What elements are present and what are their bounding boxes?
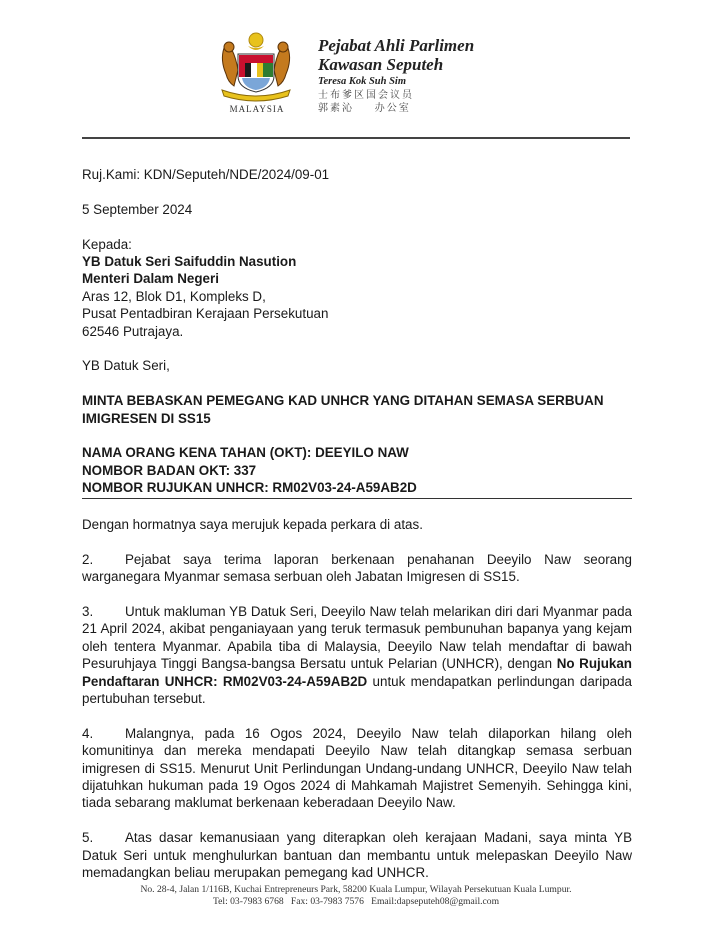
paragraph-text: Atas dasar kemanusiaan yang diterapkan o… [82, 830, 632, 880]
member-name: Teresa Kok Suh Sim [318, 75, 474, 89]
recipient-label: Kepada: [82, 236, 632, 253]
opening-line: Dengan hormatnya saya merujuk kepada per… [82, 516, 632, 533]
subject-title: MINTA BEBASKAN PEMEGANG KAD UNHCR YANG D… [82, 392, 632, 427]
chinese-line-2: 郭素沁 办公室 [318, 102, 474, 115]
recipient-name: YB Datuk Seri Saifuddin Nasution [82, 253, 632, 270]
detainee-body-number: NOMBOR BADAN OKT: 337 [82, 462, 632, 479]
letter-date: 5 September 2024 [82, 201, 632, 218]
unhcr-reference: NOMBOR RUJUKAN UNHCR: RM02V03-24-A59AB2D [82, 479, 632, 498]
paragraph-4: 4.Malangnya, pada 16 Ogos 2024, Deeyilo … [82, 725, 632, 812]
paragraph-2: 2.Pejabat saya terima laporan berkenaan … [82, 551, 632, 586]
recipient-address-line: Pusat Pentadbiran Kerajaan Persekutuan [82, 305, 632, 322]
recipient-block: Kepada: YB Datuk Seri Saifuddin Nasution… [82, 236, 632, 340]
letter-body: Ruj.Kami: KDN/Seputeh/NDE/2024/09-01 5 S… [82, 166, 632, 882]
footer-address: No. 28-4, Jalan 1/116B, Kuchai Entrepren… [0, 884, 712, 896]
office-line-1: Pejabat Ahli Parlimen [318, 36, 474, 55]
paragraph-number: 3. [82, 603, 125, 620]
malaysia-coat-of-arms-icon [218, 30, 294, 102]
letter-footer: No. 28-4, Jalan 1/116B, Kuchai Entrepren… [0, 884, 712, 908]
paragraph-number: 5. [82, 829, 125, 846]
footer-contact: Tel: 03-7983 6768 Fax: 03-7983 7576 Emai… [0, 896, 712, 908]
paragraph-text: Malangnya, pada 16 Ogos 2024, Deeyilo Na… [82, 726, 632, 811]
paragraph-number: 2. [82, 551, 125, 568]
recipient-address-line: 62546 Putrajaya. [82, 323, 632, 340]
paragraph-text: Pejabat saya terima laporan berkenaan pe… [82, 552, 632, 584]
paragraph-number: 4. [82, 725, 125, 742]
paragraph-3: 3.Untuk makluman YB Datuk Seri, Deeyilo … [82, 603, 632, 707]
paragraph-5: 5.Atas dasar kemanusiaan yang diterapkan… [82, 829, 632, 881]
chinese-line-1: 士布爹区国会议员 [318, 89, 474, 102]
paragraph-text: Untuk makluman YB Datuk Seri, Deeyilo Na… [82, 604, 632, 671]
salutation: YB Datuk Seri, [82, 357, 632, 374]
crest-label: MALAYSIA [222, 104, 292, 114]
office-line-2: Kawasan Seputeh [318, 55, 474, 75]
recipient-address-line: Aras 12, Blok D1, Kompleks D, [82, 288, 632, 305]
detainee-name: NAMA ORANG KENA TAHAN (OKT): DEEYILO NAW [82, 444, 632, 461]
reference-number: Ruj.Kami: KDN/Seputeh/NDE/2024/09-01 [82, 166, 632, 183]
office-block: Pejabat Ahli Parlimen Kawasan Seputeh Te… [318, 36, 474, 115]
letterhead-divider [82, 137, 630, 139]
letterhead: MALAYSIA Pejabat Ahli Parlimen Kawasan S… [0, 0, 712, 140]
recipient-title: Menteri Dalam Negeri [82, 270, 632, 287]
